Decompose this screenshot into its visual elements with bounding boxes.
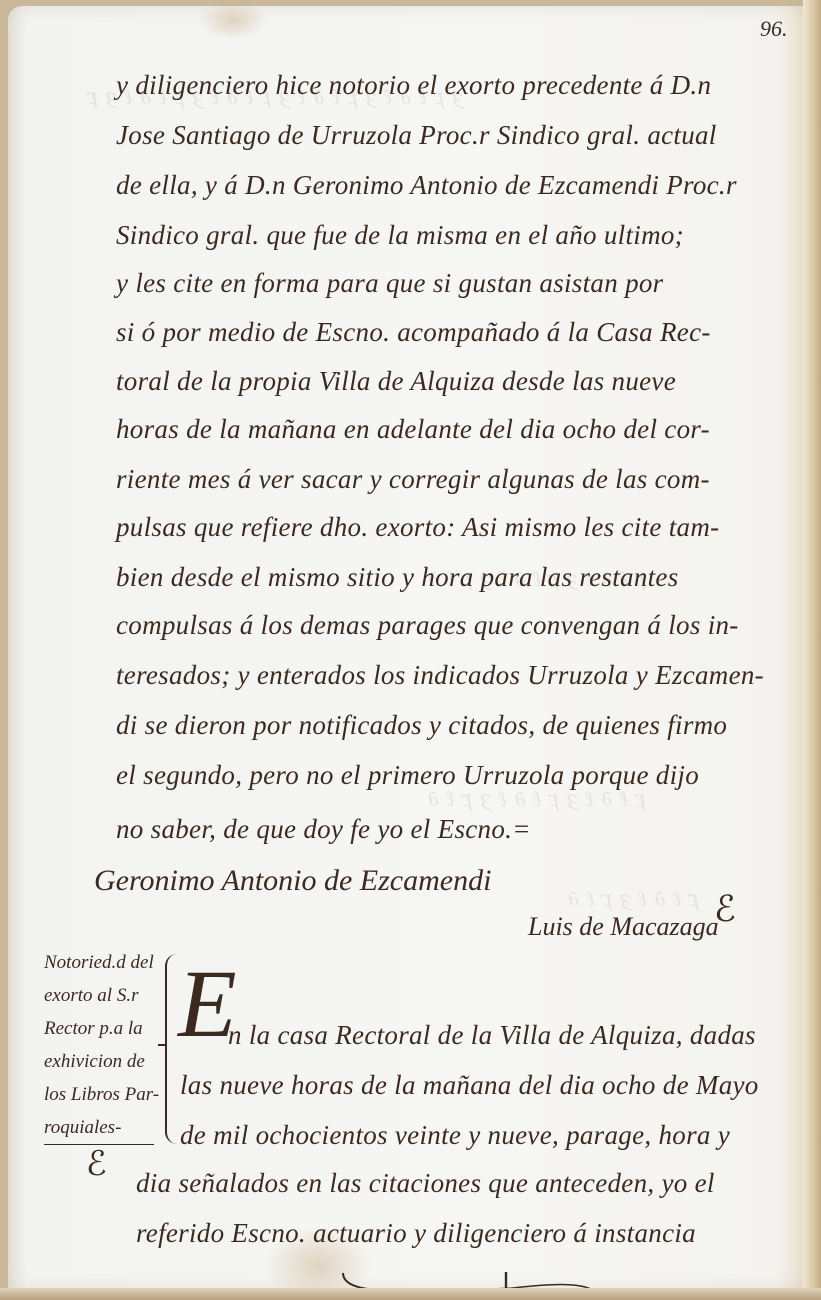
margin-note-line: los Libros Par- [44,1078,174,1111]
margin-note-line: exhivicion de [44,1045,174,1078]
manuscript-page: ȝ ꝼ ℓ ∂ ℓ ȝ ꝼ ℓ ∂ ℓ ȝ ꝼ ℓ ∂ ℓ ȝ ꝼ ℓ ∂ ℓ … [8,6,808,1290]
manuscript-scan: ȝ ꝼ ℓ ∂ ℓ ȝ ꝼ ℓ ∂ ℓ ȝ ꝼ ℓ ∂ ℓ ȝ ꝼ ℓ ∂ ℓ … [0,0,821,1300]
body-line: horas de la mañana en adelante del dia o… [116,414,710,445]
folio-number: 96. [760,16,788,42]
paper-stain [198,0,268,40]
margin-note-line: exorto al S.r [44,979,174,1012]
signature-macazaga: Luis de Macazaga [528,912,719,942]
body-line: no saber, de que doy fe yo el Escno.= [116,814,531,845]
signature-ezcamendi: Geronimo Antonio de Ezcamendi [94,864,491,898]
body-line: pulsas que refiere dho. exorto: Asi mism… [116,512,719,543]
body-line: di se dieron por notificados y citados, … [116,710,727,741]
body-line: Jose Santiago de Urruzola Proc.r Sindico… [116,120,717,151]
entry-line: n la casa Rectoral de la Villa de Alquiz… [228,1020,756,1051]
margin-brace-tip [158,1044,166,1046]
entry-line: referido Escno. actuario y diligenciero … [136,1218,696,1249]
entry-line: de mil ochocientos veinte y nueve, parag… [180,1120,730,1151]
margin-note-line: roquiales- [44,1111,154,1145]
page-edge-right [803,0,821,1300]
body-line: teresados; y enterados los indicados Urr… [116,660,764,691]
body-line: de ella, y á D.n Geronimo Antonio de Ezc… [116,170,737,201]
margin-note-line: Notoried.d del [44,946,174,979]
signature-rubric-icon: ℰ [714,888,736,930]
body-line: y les cite en forma para que si gustan a… [116,268,663,299]
body-line: toral de la propia Villa de Alquiza desd… [116,366,676,397]
page-edge-bottom [0,1288,821,1300]
bleed-through-text: ꝼ ℓ ∂ ℓ ȝ ꝼ ℓ ∂ [568,886,700,912]
body-line: compulsas á los demas parages que conven… [116,610,739,641]
body-line: el segundo, pero no el primero Urruzola … [116,760,699,791]
margin-note: Notoried.d del exorto al S.r Rector p.a … [44,946,174,1145]
margin-rubric-icon: ℰ [86,1144,107,1184]
body-line: bien desde el mismo sitio y hora para la… [116,562,679,593]
body-line: Sindico gral. que fue de la misma en el … [116,220,684,251]
body-line: y diligenciero hice notorio el exorto pr… [116,70,711,101]
body-line: riente mes á ver sacar y corregir alguna… [116,464,710,495]
margin-note-line: Rector p.a la [44,1012,174,1045]
entry-line: las nueve horas de la mañana del dia och… [180,1070,759,1101]
body-line: si ó por medio de Escno. acompañado á la… [116,317,711,348]
entry-line: dia señalados en las citaciones que ante… [136,1168,715,1199]
